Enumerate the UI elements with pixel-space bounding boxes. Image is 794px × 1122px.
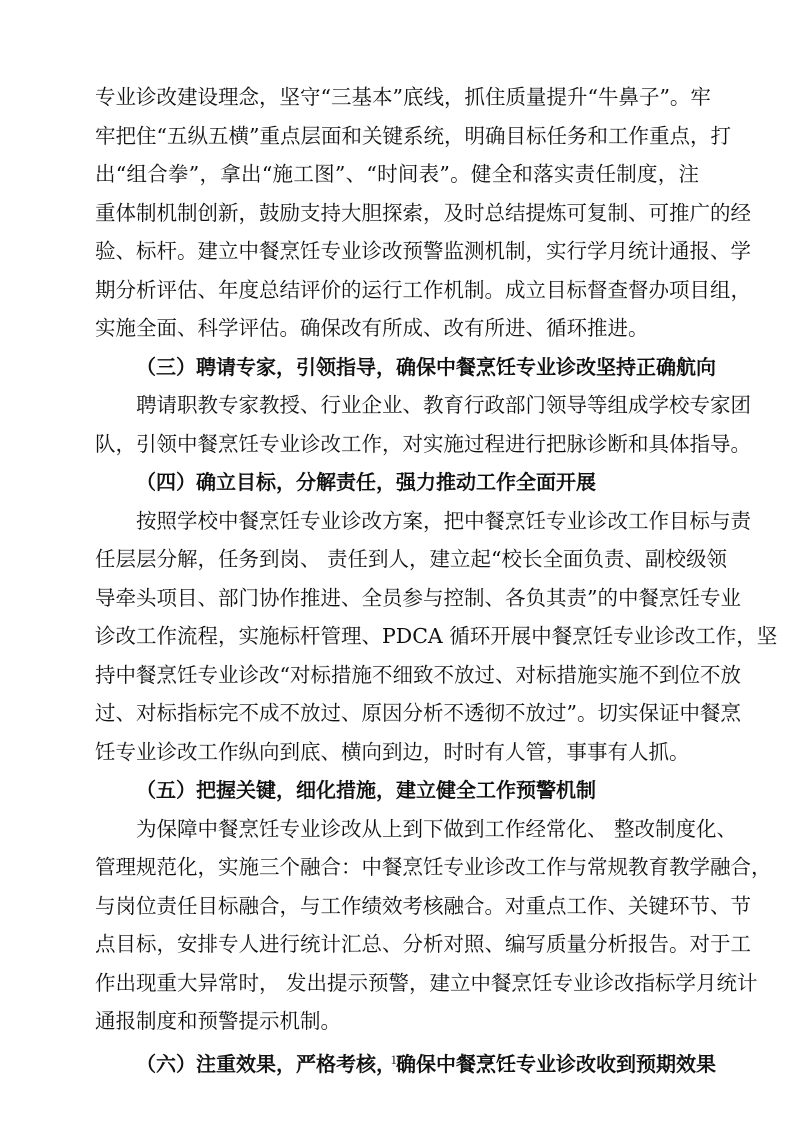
text-line: 聘请职教专家教授、行业企业、教育行政部门领导等组成学校专家团	[95, 386, 699, 425]
text-line: 按照学校中餐烹饪专业诊改方案，把中餐烹饪专业诊改工作目标与责	[95, 502, 699, 541]
section-heading-4: （四）确立目标，分解责任，强力推动工作全面开展	[95, 463, 699, 502]
paragraph: 专业诊改建设理念，坚守“三基本”底线，抓住质量提升“牛鼻子”。牢 牢把住“五纵五…	[95, 78, 699, 348]
text-line: 管理规范化，实施三个融合：中餐烹饪专业诊改工作与常规教育教学融合，	[95, 848, 699, 887]
text-line: 导牵头项目、部门协作推进、全员参与控制、各负其责”的中餐烹饪专业	[95, 579, 699, 618]
text-line: 为保障中餐烹饪专业诊改从上到下做到工作经常化、 整改制度化、	[95, 810, 699, 849]
text-line: 队，引领中餐烹饪专业诊改工作，对实施过程进行把脉诊断和具体指导。	[95, 425, 699, 464]
paragraph: 按照学校中餐烹饪专业诊改方案，把中餐烹饪专业诊改工作目标与责 任层层分解，任务到…	[95, 502, 699, 772]
text-line: 实施全面、科学评估。确保改有所成、改有所进、循环推进。	[95, 309, 699, 348]
section-heading-5: （五）把握关键，细化措施，建立健全工作预警机制	[95, 771, 699, 810]
paragraph: 聘请职教专家教授、行业企业、教育行政部门领导等组成学校专家团 队，引领中餐烹饪专…	[95, 386, 699, 463]
text-line: 通报制度和预警提示机制。	[95, 1002, 699, 1041]
text-line: 出“组合拳”，拿出“施工图”、“时间表”。健全和落实责任制度，注	[95, 155, 699, 194]
text-line: 诊改工作流程，实施标杆管理、PDCA 循环开展中餐烹饪专业诊改工作，坚	[95, 617, 699, 656]
text-line: 验、标杆。建立中餐烹饪专业诊改预警监测机制，实行学月统计通报、学	[95, 232, 699, 271]
text-line: 点目标，安排专人进行统计汇总、分析对照、编写质量分析报告。对于工	[95, 925, 699, 964]
document-page: 专业诊改建设理念，坚守“三基本”底线，抓住质量提升“牛鼻子”。牢 牢把住“五纵五…	[95, 78, 699, 1083]
page-number: 10	[0, 1052, 794, 1068]
text-line: 与岗位责任目标融合，与工作绩效考核融合。对重点工作、关键环节、节	[95, 887, 699, 926]
text-line: 重体制机制创新，鼓励支持大胆探索，及时总结提炼可复制、可推广的经	[95, 194, 699, 233]
text-line: 作出现重大异常时， 发出提示预警，建立中餐烹饪专业诊改指标学月统计	[95, 964, 699, 1003]
text-line: 持中餐烹饪专业诊改“对标措施不细致不放过、对标措施实施不到位不放	[95, 656, 699, 695]
text-line: 专业诊改建设理念，坚守“三基本”底线，抓住质量提升“牛鼻子”。牢	[95, 78, 699, 117]
text-line: 牢把住“五纵五横”重点层面和关键系统，明确目标任务和工作重点，打	[95, 117, 699, 156]
text-line: 饪专业诊改工作纵向到底、横向到边，时时有人管，事事有人抓。	[95, 733, 699, 772]
text-line: 任层层分解，任务到岗、 责任到人，建立起“校长全面负责、副校级领	[95, 540, 699, 579]
section-heading-3: （三）聘请专家，引领指导，确保中餐烹饪专业诊改坚持正确航向	[95, 348, 699, 387]
paragraph: 为保障中餐烹饪专业诊改从上到下做到工作经常化、 整改制度化、 管理规范化，实施三…	[95, 810, 699, 1041]
text-line: 过、对标指标完不成不放过、原因分析不透彻不放过”。切实保证中餐烹	[95, 694, 699, 733]
text-line: 期分析评估、年度总结评价的运行工作机制。成立目标督查督办项目组，	[95, 271, 699, 310]
